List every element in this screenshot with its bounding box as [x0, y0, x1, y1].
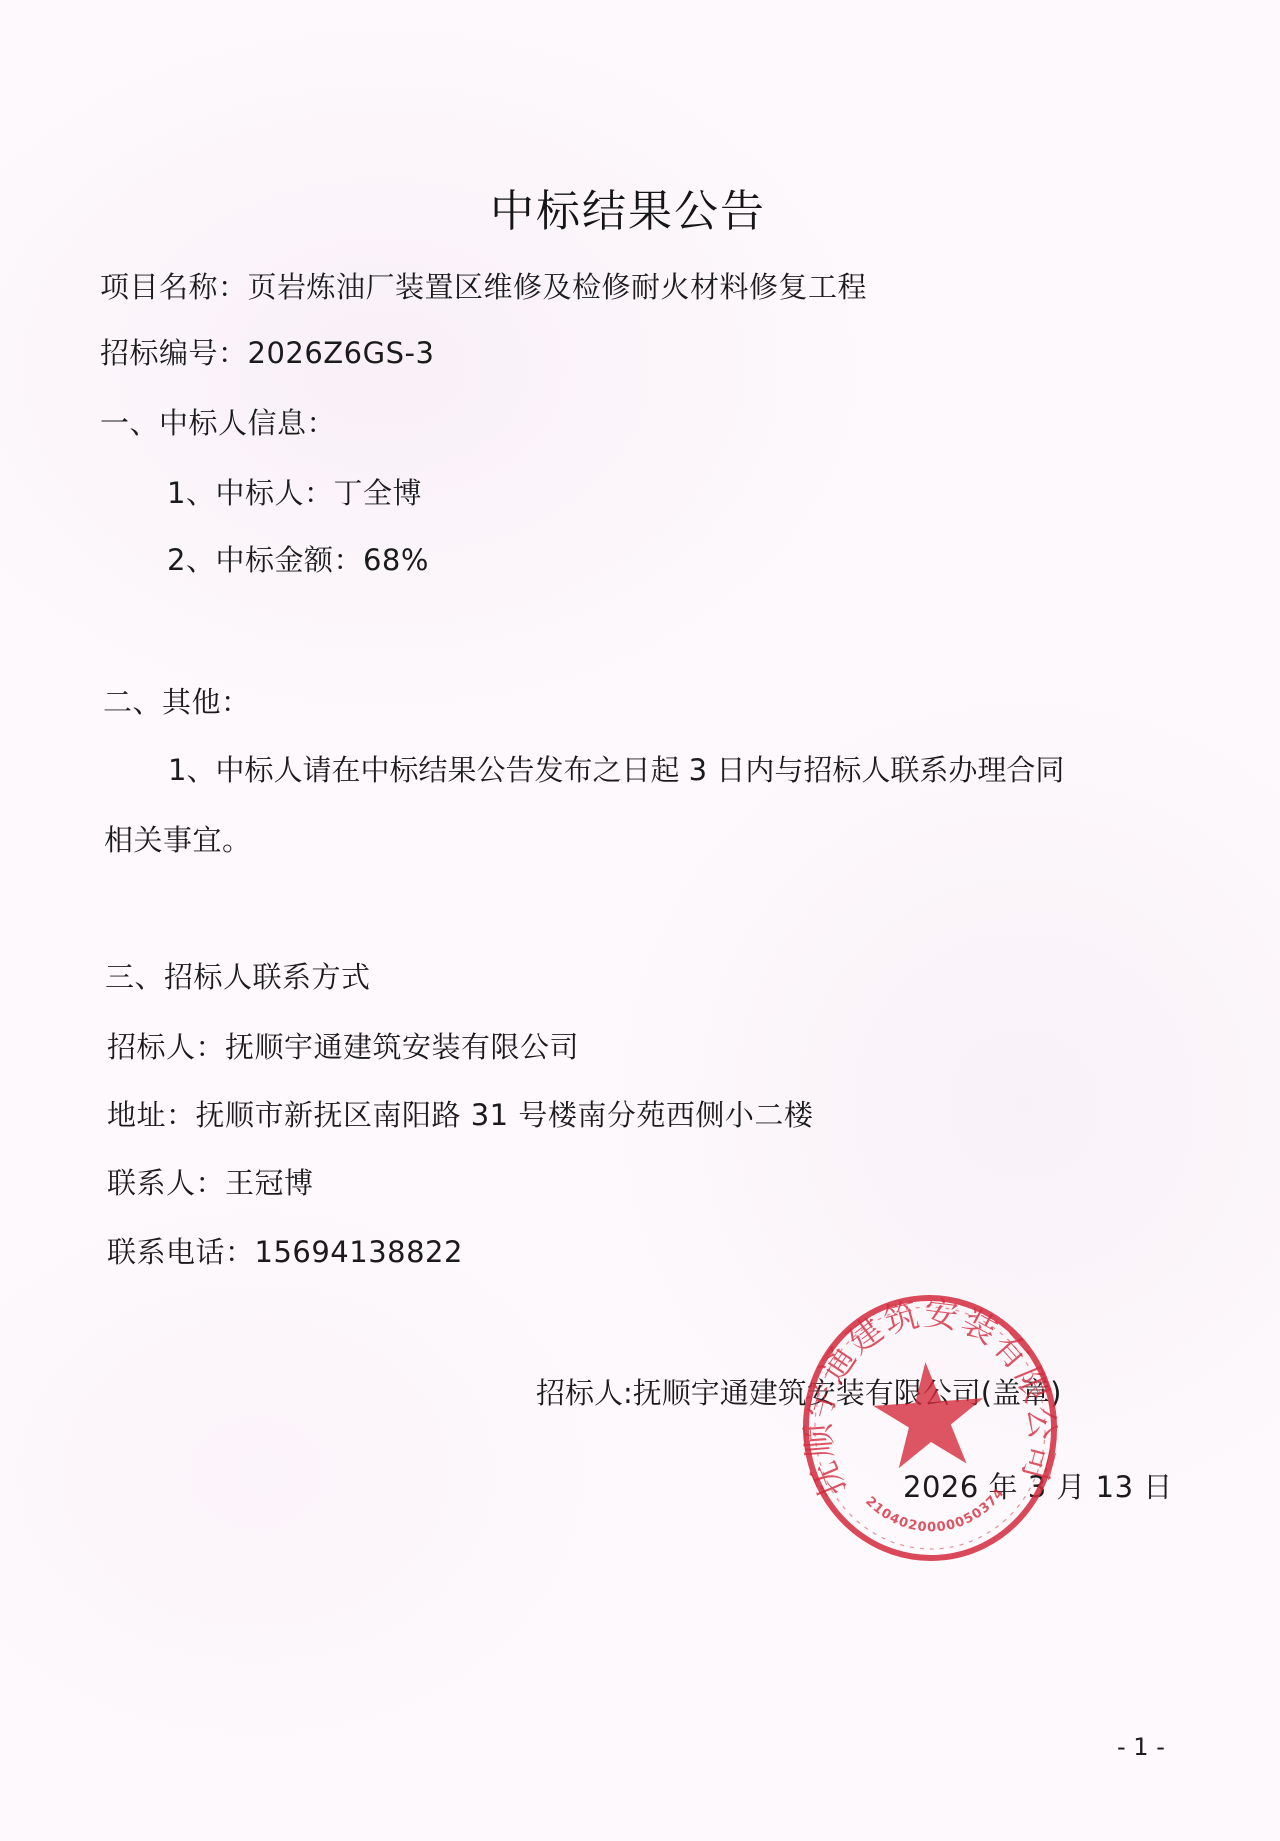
section2-paragraph-line1: 1、中标人请在中标结果公告发布之日起 3 日内与招标人联系办理合同 [168, 752, 1064, 788]
contact-person: 联系人：王冠博 [107, 1165, 314, 1201]
section3-heading: 三、招标人联系方式 [105, 959, 371, 995]
winning-amount: 2、中标金额：68% [167, 542, 429, 578]
seal-graphic: 抚顺宇通建筑安装有限公司 2104020000050374 [791, 1283, 1069, 1572]
bid-number: 招标编号：2026Z6GS-3 [100, 335, 434, 371]
tenderer-name: 招标人：抚顺宇通建筑安装有限公司 [107, 1029, 579, 1065]
seal-code-text: 2104020000050374 [861, 1485, 1010, 1541]
svg-text:2104020000050374: 2104020000050374 [861, 1485, 1010, 1541]
winner-name: 1、中标人：丁全博 [167, 475, 422, 511]
contact-phone: 联系电话：15694138822 [107, 1234, 463, 1270]
company-seal: 抚顺宇通建筑安装有限公司 2104020000050374 [791, 1283, 1069, 1572]
star-icon [871, 1358, 988, 1469]
page-number: - 1 - [1117, 1733, 1165, 1761]
tenderer-address: 地址：抚顺市新抚区南阳路 31 号楼南分苑西侧小二楼 [107, 1097, 813, 1133]
section2-heading: 二、其他： [103, 684, 251, 720]
project-name: 项目名称：页岩炼油厂装置区维修及检修耐火材料修复工程 [100, 269, 867, 305]
document-title: 中标结果公告 [0, 186, 1280, 238]
section1-heading: 一、中标人信息： [100, 405, 336, 441]
section2-paragraph-line2: 相关事宜。 [104, 822, 252, 858]
